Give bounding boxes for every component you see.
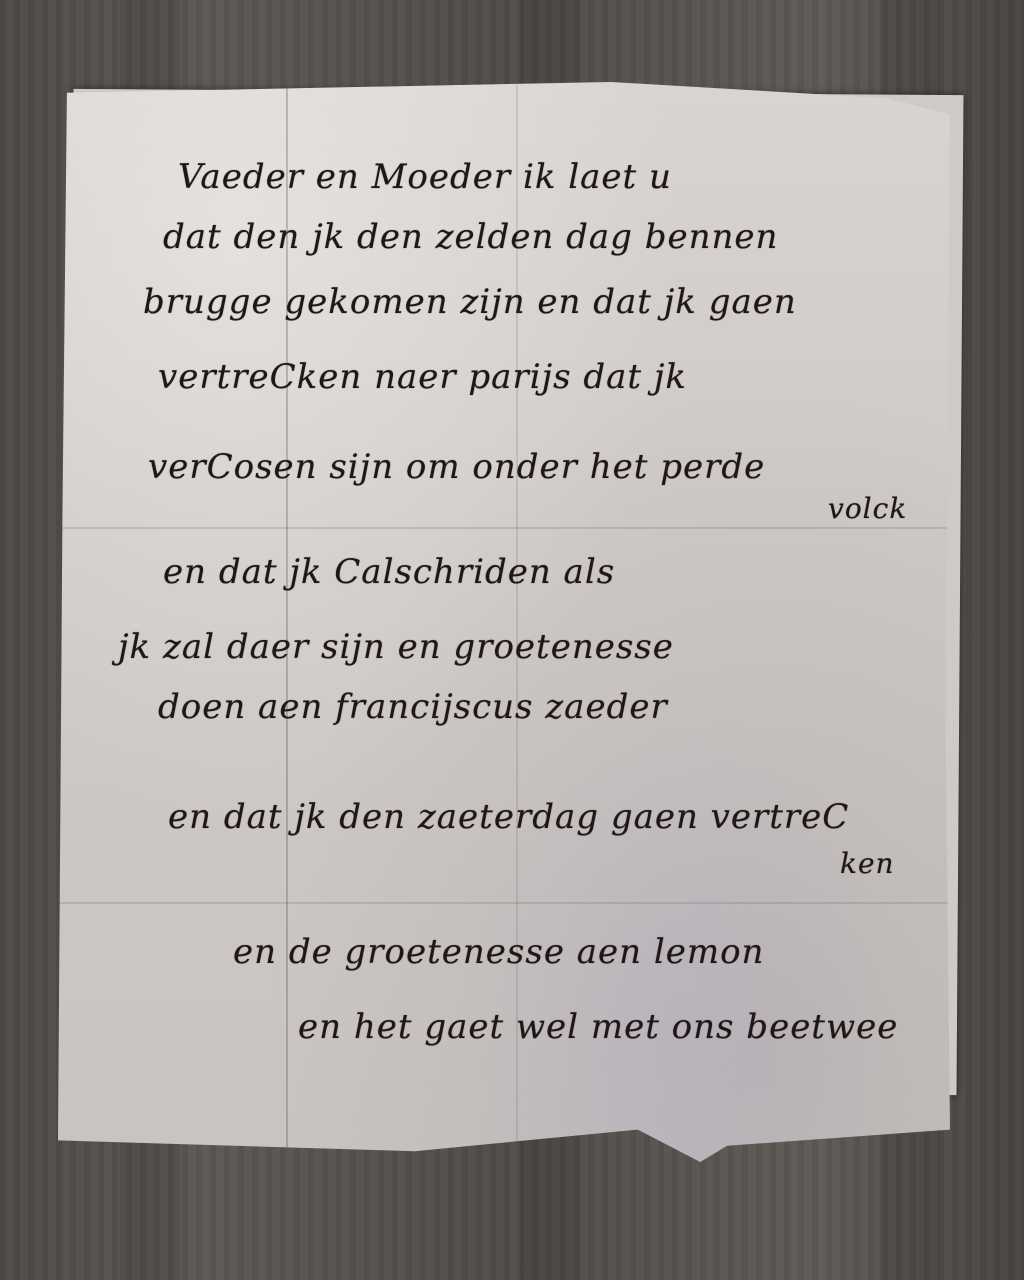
- letter-line-9: doen aen francijscus zaeder: [158, 687, 668, 727]
- letter-line-7: en dat jk Calschriden als: [163, 552, 615, 592]
- letter-line-2: dat den jk den zelden dag bennen: [163, 217, 778, 257]
- letter-line-8: jk zal daer sijn en groetenesse: [118, 627, 674, 667]
- letter-text: Vaeder en Moeder ik laet u dat den jk de…: [58, 82, 950, 1162]
- letter-line-1: Vaeder en Moeder ik laet u: [178, 157, 672, 197]
- letter-line-12: en de groetenesse aen lemon: [233, 932, 764, 972]
- letter-line-4: vertreCken naer parijs dat jk: [158, 357, 687, 397]
- letter-line-6: volck: [828, 492, 907, 525]
- letter-line-11: ken: [840, 847, 895, 880]
- letter-line-13: en het gaet wel met ons beetwee: [298, 1007, 898, 1047]
- letter-sheet: Vaeder en Moeder ik laet u dat den jk de…: [58, 82, 950, 1162]
- letter-line-10: en dat jk den zaeterdag gaen vertreC: [168, 797, 849, 837]
- letter-line-3: brugge gekomen zijn en dat jk gaen: [143, 282, 797, 322]
- letter-line-5: verCosen sijn om onder het perde: [148, 447, 765, 487]
